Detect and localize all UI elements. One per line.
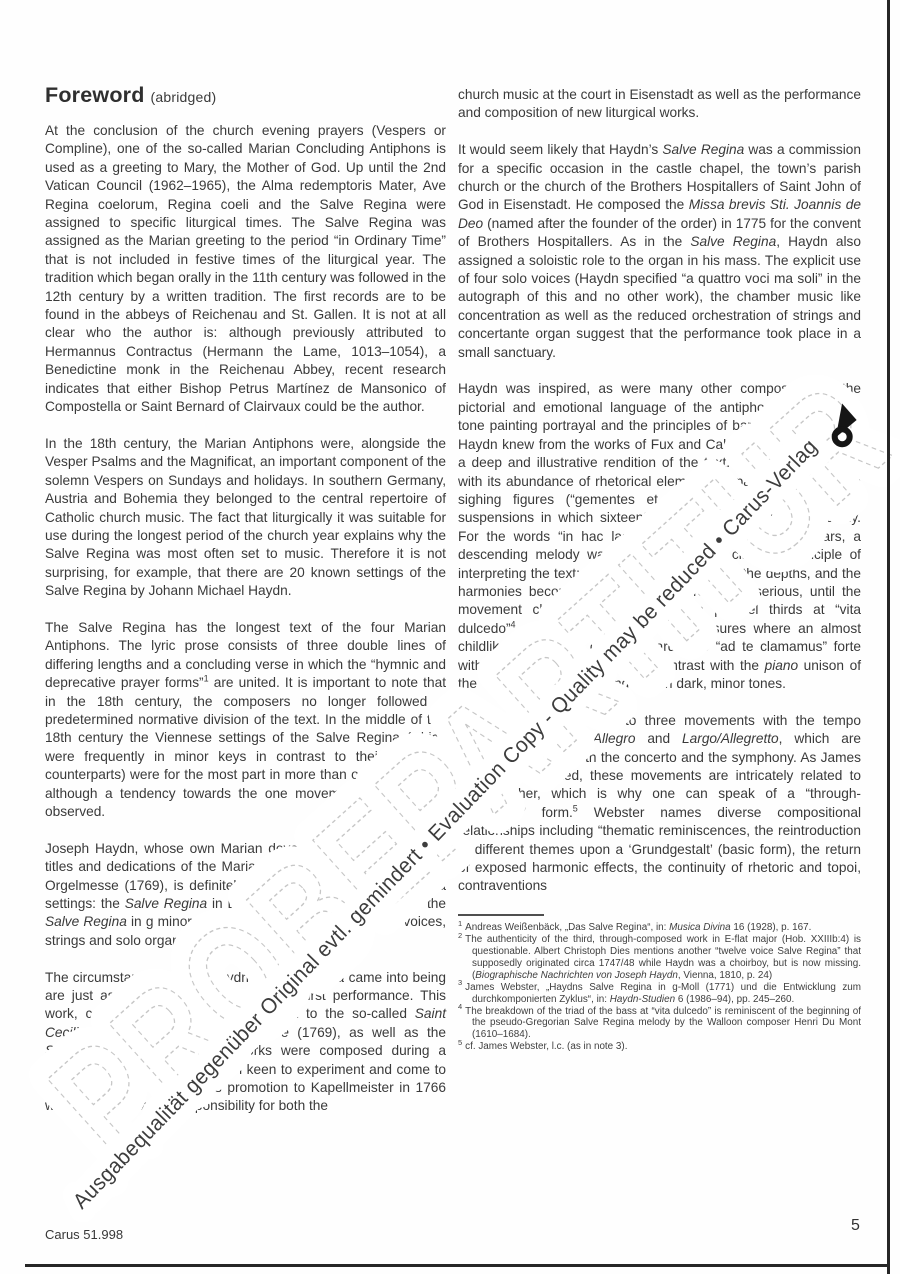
footnote-item: 1Andreas Weißenbäck, „Das Salve Regina“,… bbox=[458, 922, 861, 934]
footnote-number: 1 bbox=[458, 919, 462, 928]
right-column: church music at the court in Eisenstadt … bbox=[458, 86, 861, 1053]
footnote-number: 2 bbox=[458, 931, 462, 940]
page-title: Foreword(abridged) bbox=[45, 83, 446, 108]
left-column: Foreword(abridged) At the conclusion of … bbox=[45, 83, 446, 1134]
page-number: 5 bbox=[851, 1217, 860, 1235]
scan-edge-bottom bbox=[25, 1264, 890, 1267]
footnote-number: 5 bbox=[458, 1038, 462, 1047]
foreword-title: Foreword bbox=[45, 83, 145, 107]
paragraph: In the 18th century, the Marian Antiphon… bbox=[45, 435, 446, 601]
paragraph: At the conclusion of the church evening … bbox=[45, 122, 446, 417]
footnote-text: The breakdown of the triad of the bass a… bbox=[465, 1006, 861, 1041]
paragraph: It would seem likely that Haydn’s Salve … bbox=[458, 141, 861, 362]
paragraph: The circumstances of how Haydn’s Salve R… bbox=[45, 969, 446, 1116]
footnotes: 1Andreas Weißenbäck, „Das Salve Regina“,… bbox=[458, 922, 861, 1053]
document-page: Foreword(abridged) At the conclusion of … bbox=[0, 0, 900, 1274]
footnote-text: Andreas Weißenbäck, „Das Salve Regina“, … bbox=[465, 922, 811, 933]
foreword-suffix: (abridged) bbox=[151, 89, 217, 105]
paragraph: Haydn was inspired, as were many other c… bbox=[458, 380, 861, 693]
footnote-item: 5cf. James Webster, l.c. (as in note 3). bbox=[458, 1041, 861, 1053]
footnote-text: The authenticity of the third, through-c… bbox=[465, 934, 861, 981]
scan-edge-right bbox=[887, 0, 890, 1274]
paragraph: Joseph Haydn, whose own Marian devotion … bbox=[45, 840, 446, 950]
paragraph: The Salve Regina has the longest text of… bbox=[45, 619, 446, 821]
footnote-text: cf. James Webster, l.c. (as in note 3). bbox=[465, 1041, 627, 1052]
footnote-number: 4 bbox=[458, 1002, 462, 1011]
footnote-number: 3 bbox=[458, 978, 462, 987]
catalog-number: Carus 51.998 bbox=[45, 1227, 123, 1242]
footnote-separator bbox=[458, 914, 544, 916]
footnote-item: 4The breakdown of the triad of the bass … bbox=[458, 1006, 861, 1042]
paragraph: church music at the court in Eisenstadt … bbox=[458, 86, 861, 123]
footnote-item: 3James Webster, „Haydns Salve Regina in … bbox=[458, 982, 861, 1006]
footnote-text: James Webster, „Haydns Salve Regina in g… bbox=[465, 982, 861, 1005]
paragraph: Haydn divides the text into three moveme… bbox=[458, 712, 861, 896]
footnote-item: 2The authenticity of the third, through-… bbox=[458, 934, 861, 982]
